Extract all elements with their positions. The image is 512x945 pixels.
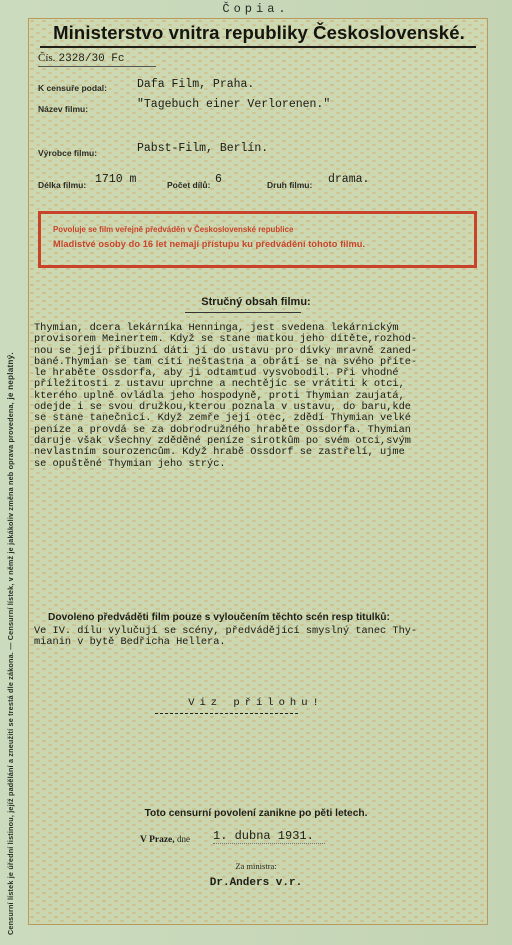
side-note-invalid: je neplatný. xyxy=(6,352,15,402)
producer-value: Pabst-Film, Berlín. xyxy=(137,142,268,155)
restrictions-heading: Dovoleno předváděti film pouze s vylouče… xyxy=(48,612,390,623)
reference-number-label: Čís. xyxy=(38,52,55,64)
summary-heading: Stručný obsah filmu: xyxy=(0,296,512,308)
submitted-by-value: Dafa Film, Praha. xyxy=(137,78,254,91)
film-title-value: "Tagebuch einer Verlorenen." xyxy=(137,98,330,111)
parts-label: Počet dílů: xyxy=(167,180,210,190)
reference-number-value: 2328/30 Fc xyxy=(59,53,125,65)
issue-date: 1. dubna 1931. xyxy=(213,829,325,844)
place-dne: dne xyxy=(177,834,190,844)
approval-stamp-line1: Povoluje se film veřejně předváděn v Čes… xyxy=(53,224,293,234)
genre-value: drama. xyxy=(328,173,369,186)
attachment-note-rule xyxy=(155,713,298,714)
length-label: Délka filmu: xyxy=(38,180,86,190)
side-note-text: Censurní lístek je úřední listinou, její… xyxy=(6,402,15,935)
expiry-notice: Toto censurní povolení zanikne po pěti l… xyxy=(0,808,512,819)
copy-mark: Čopia. xyxy=(0,2,512,16)
summary-text: Thymian, dcera lekárníka Henninga, jest … xyxy=(34,323,484,470)
producer-label: Výrobce filmu: xyxy=(38,148,97,158)
reference-number: Čís. 2328/30 Fc xyxy=(38,52,156,67)
approval-stamp: Povoluje se film veřejně předváděn v Čes… xyxy=(38,211,477,268)
signature-name: Dr.Anders v.r. xyxy=(0,877,512,889)
approval-stamp-line2: Mladistvé osoby do 16 let nemají přístup… xyxy=(53,239,365,249)
place-label: V Praze, dne xyxy=(140,834,190,845)
submitted-by-label: K censuře podal: xyxy=(38,83,107,93)
attachment-note: Viz přílohu! xyxy=(0,697,512,709)
length-value: 1710 m xyxy=(95,173,136,186)
ministry-title: Ministerstvo vnitra republiky Českoslove… xyxy=(40,22,478,44)
minister-label: Za ministra: xyxy=(0,861,512,871)
parts-value: 6 xyxy=(215,173,222,186)
title-rule xyxy=(40,46,476,48)
place-city: V Praze, xyxy=(140,835,175,845)
summary-heading-rule xyxy=(185,312,301,313)
genre-label: Druh filmu: xyxy=(267,180,312,190)
restrictions-text: Ve IV. dílu vylučují se scény, předváděj… xyxy=(34,626,484,649)
side-legal-note: Censurní lístek je úřední listinou, její… xyxy=(6,55,15,935)
film-title-label: Název filmu: xyxy=(38,104,88,114)
